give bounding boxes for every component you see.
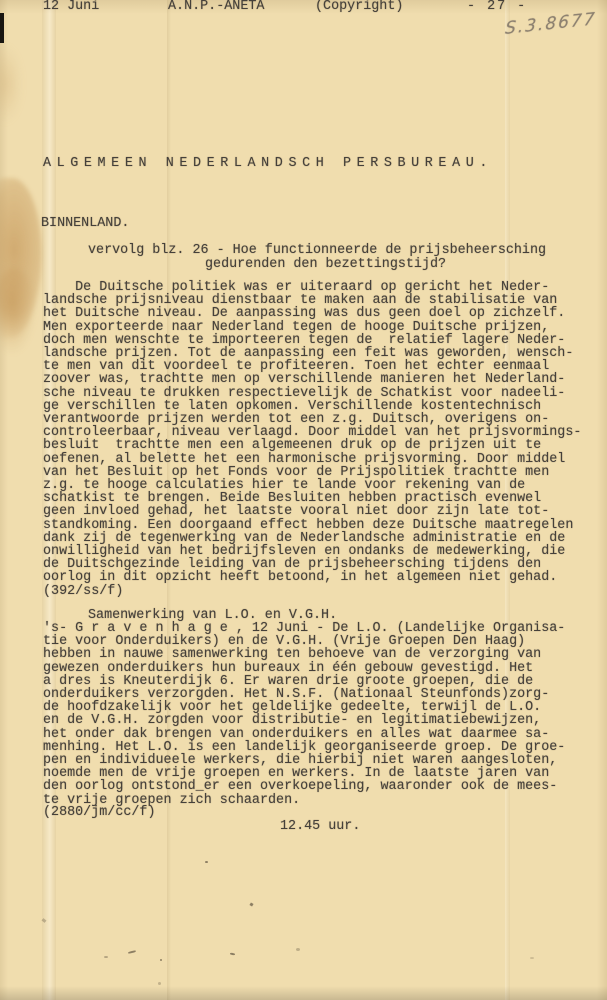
scanned-document: S.3.8677 ALGEMEEN NEDERLANDSCH PERSBUREA… xyxy=(0,0,607,1000)
paper-speck xyxy=(160,959,162,961)
copyright-notice: (Copyright) xyxy=(315,0,403,13)
article-subject-line-1: vervolg blz. 26 - Hoe functionneerde de … xyxy=(88,244,546,257)
paper-speck xyxy=(104,956,108,958)
paper-speck xyxy=(205,861,208,863)
page-number: - 27 - xyxy=(467,0,527,13)
article-1-wire-code: (392/ss/f) xyxy=(43,585,123,598)
article-subject-line-2: gedurenden den bezettingstijd? xyxy=(205,258,446,271)
section-heading: BINNENLAND. xyxy=(41,217,129,230)
article-2-wire-code: (2880/jm/cc/f) xyxy=(43,806,156,819)
news-service-name: A.N.P.-ANETA xyxy=(168,0,264,13)
paper-edge-shadow xyxy=(0,0,8,1000)
agency-title: ALGEMEEN NEDERLANDSCH PERSBUREAU. xyxy=(43,157,493,170)
bulletin-date: 12 Juni xyxy=(43,0,99,13)
paper-edge-shadow xyxy=(0,986,607,1000)
scan-edge-artifact xyxy=(0,13,4,43)
paper-edge-shadow xyxy=(597,0,607,1000)
paper-speck xyxy=(158,982,161,985)
issue-timestamp: 12.45 uur. xyxy=(280,820,360,833)
paper-speck xyxy=(530,957,534,959)
paper-speck xyxy=(296,948,300,951)
article-2-body: 's- G r a v e n h a g e , 12 Juni - De L… xyxy=(43,622,565,807)
article-1-body: De Duitsche politiek was er uiteraard op… xyxy=(43,281,581,585)
